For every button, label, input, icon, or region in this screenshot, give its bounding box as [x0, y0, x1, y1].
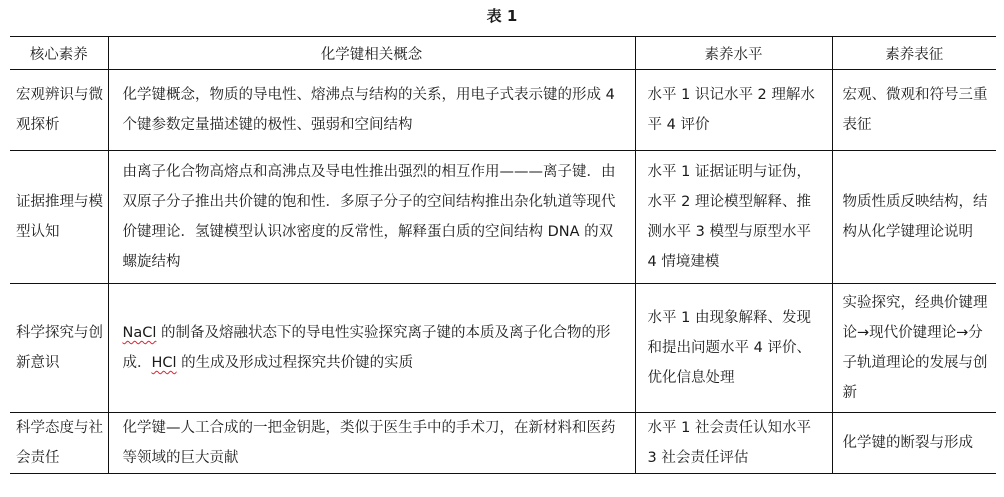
cell-representation: 实验探究，经典价键理论→现代价键理论→分子轨道理论的发展与创新: [832, 284, 996, 413]
header-level: 素养水平: [635, 37, 832, 70]
cell-representation: 化学键的断裂与形成: [832, 413, 996, 474]
spellcheck-word-nacl: NaCl: [123, 325, 157, 341]
cell-concepts: 化学键概念，物质的导电性、熔沸点与结构的关系，用电子式表示键的形成 4 个键参数…: [108, 70, 635, 151]
cell-concepts: 由离子化合物高熔点和高沸点及导电性推出强烈的相互作用———离子键．由双原子分子推…: [108, 151, 635, 284]
table-row: 证据推理与模型认知 由离子化合物高熔点和高沸点及导电性推出强烈的相互作用———离…: [10, 151, 996, 284]
literacy-table: 核心素养 化学键相关概念 素养水平 素养表征 宏观辨识与微观探析 化学键概念，物…: [10, 36, 996, 474]
table-row: 科学态度与社会责任 化学键—人工合成的一把金钥匙，类似于医生手中的手术刀，在新材…: [10, 413, 996, 474]
cell-core-literacy: 科学探究与创新意识: [10, 284, 108, 413]
header-representation: 素养表征: [832, 37, 996, 70]
header-row: 核心素养 化学键相关概念 素养水平 素养表征: [10, 37, 996, 70]
table-caption: 表 1: [0, 6, 1004, 26]
cell-core-literacy: 证据推理与模型认知: [10, 151, 108, 284]
cell-concepts: NaCl 的制备及熔融状态下的导电性实验探究离子键的本质及离子化合物的形成．HC…: [108, 284, 635, 413]
header-core-literacy: 核心素养: [10, 37, 108, 70]
cell-core-literacy: 宏观辨识与微观探析: [10, 70, 108, 151]
cell-concepts: 化学键—人工合成的一把金钥匙，类似于医生手中的手术刀，在新材料和医药等领域的巨大…: [108, 413, 635, 474]
cell-core-literacy: 科学态度与社会责任: [10, 413, 108, 474]
cell-level: 水平 1 识记水平 2 理解水平 4 评价: [635, 70, 832, 151]
cell-level: 水平 1 由现象解释、发现和提出问题水平 4 评价、优化信息处理: [635, 284, 832, 413]
cell-representation: 物质性质反映结构，结构从化学键理论说明: [832, 151, 996, 284]
table-row: 宏观辨识与微观探析 化学键概念，物质的导电性、熔沸点与结构的关系，用电子式表示键…: [10, 70, 996, 151]
cell-representation: 宏观、微观和符号三重表征: [832, 70, 996, 151]
cell-level: 水平 1 证据证明与证伪，水平 2 理论模型解释、推测水平 3 模型与原型水平 …: [635, 151, 832, 284]
table-row: 科学探究与创新意识 NaCl 的制备及熔融状态下的导电性实验探究离子键的本质及离…: [10, 284, 996, 413]
spellcheck-word-hcl: HCl: [152, 355, 177, 371]
cell-level: 水平 1 社会责任认知水平 3 社会责任评估: [635, 413, 832, 474]
header-concepts: 化学键相关概念: [108, 37, 635, 70]
